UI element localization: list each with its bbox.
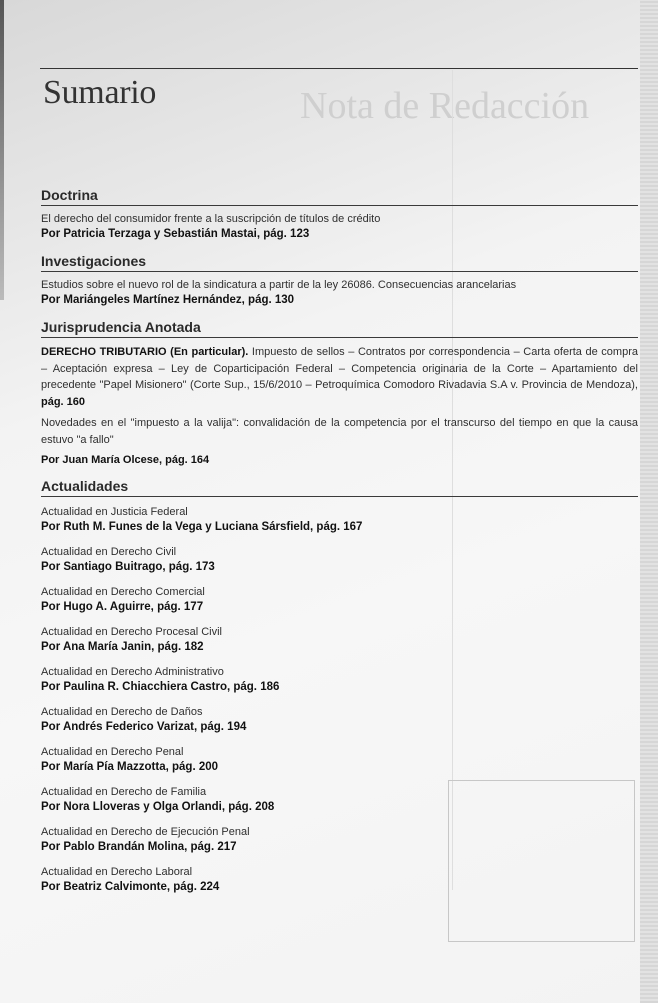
toc-entry: El derecho del consumidor frente a la su…: [41, 212, 638, 242]
section-doctrina: Doctrina El derecho del consumidor frent…: [41, 187, 638, 242]
entry-title: Actualidad en Derecho Comercial: [41, 585, 638, 600]
summary-page: pág. 160: [41, 396, 85, 408]
entry-title: El derecho del consumidor frente a la su…: [41, 212, 638, 227]
entry-author: Por Pablo Brandán Molina, pág. 217: [41, 840, 638, 855]
entry-author: Por Santiago Buitrago, pág. 173: [41, 560, 638, 575]
entry-author: Por María Pía Mazzotta, pág. 200: [41, 760, 638, 775]
entry-author: Por Ana María Janin, pág. 182: [41, 640, 638, 655]
entry-author: Por Mariángeles Martínez Hernández, pág.…: [41, 293, 638, 308]
entry-title: Actualidad en Derecho Civil: [41, 545, 638, 560]
toc-entry: Actualidad en Derecho de FamiliaPor Nora…: [41, 785, 638, 815]
toc-entry: Actualidad en Derecho ComercialPor Hugo …: [41, 585, 638, 615]
entry-title: Actualidad en Derecho de Ejecución Penal: [41, 825, 638, 840]
entry-title: Actualidad en Derecho de Daños: [41, 705, 638, 720]
entry-title: Actualidad en Derecho de Familia: [41, 785, 638, 800]
entry-author: Por Paulina R. Chiacchiera Castro, pág. …: [41, 680, 638, 695]
entry-title: Actualidad en Derecho Penal: [41, 745, 638, 760]
entry-author: Por Nora Lloveras y Olga Orlandi, pág. 2…: [41, 800, 638, 815]
note-author: Por Juan María Olcese, pág. 164: [41, 453, 638, 468]
section-heading: Investigaciones: [41, 253, 638, 272]
top-rule: [40, 68, 638, 69]
entry-title: Actualidad en Justicia Federal: [41, 505, 638, 520]
section-heading: Doctrina: [41, 187, 638, 206]
section-heading: Jurisprudencia Anotada: [41, 319, 638, 338]
entry-title: Estudios sobre el nuevo rol de la sindic…: [41, 278, 638, 293]
entry-author: Por Ruth M. Funes de la Vega y Luciana S…: [41, 520, 638, 535]
toc-entry: Actualidad en Derecho PenalPor María Pía…: [41, 745, 638, 775]
entry-author: Por Beatriz Calvimonte, pág. 224: [41, 880, 638, 895]
note-title: Novedades en el "impuesto a la valija": …: [41, 415, 638, 448]
section-heading: Actualidades: [41, 478, 638, 497]
page-binding-edge: [0, 0, 4, 300]
table-of-contents: Doctrina El derecho del consumidor frent…: [41, 187, 638, 905]
section-jurisprudencia: Jurisprudencia Anotada DERECHO TRIBUTARI…: [41, 319, 638, 468]
jurisprudence-summary: DERECHO TRIBUTARIO (En particular). Impu…: [41, 344, 638, 410]
entry-author: Por Andrés Federico Varizat, pág. 194: [41, 720, 638, 735]
entry-author: Por Patricia Terzaga y Sebastián Mastai,…: [41, 227, 638, 242]
entry-title: Actualidad en Derecho Administrativo: [41, 665, 638, 680]
toc-entry: Actualidad en Justicia FederalPor Ruth M…: [41, 505, 638, 535]
toc-entry: Actualidad en Derecho CivilPor Santiago …: [41, 545, 638, 575]
section-actualidades: Actualidades Actualidad en Justicia Fede…: [41, 478, 638, 895]
toc-entry: Actualidad en Derecho de DañosPor Andrés…: [41, 705, 638, 735]
scanned-page: Nota de Redacción Sumario Doctrina El de…: [0, 0, 658, 1003]
entry-title: Actualidad en Derecho Laboral: [41, 865, 638, 880]
toc-entry: Estudios sobre el nuevo rol de la sindic…: [41, 278, 638, 308]
actualidades-list: Actualidad en Justicia FederalPor Ruth M…: [41, 505, 638, 895]
toc-entry: Actualidad en Derecho LaboralPor Beatriz…: [41, 865, 638, 895]
toc-entry: Actualidad en Derecho de Ejecución Penal…: [41, 825, 638, 855]
page-title: Sumario: [43, 74, 156, 112]
entry-author: Por Hugo A. Aguirre, pág. 177: [41, 600, 638, 615]
toc-entry: Actualidad en Derecho Procesal CivilPor …: [41, 625, 638, 655]
scan-edge-strip: [640, 0, 658, 1003]
section-investigaciones: Investigaciones Estudios sobre el nuevo …: [41, 253, 638, 308]
summary-lead: DERECHO TRIBUTARIO (En particular).: [41, 346, 248, 358]
toc-entry: Actualidad en Derecho AdministrativoPor …: [41, 665, 638, 695]
entry-title: Actualidad en Derecho Procesal Civil: [41, 625, 638, 640]
